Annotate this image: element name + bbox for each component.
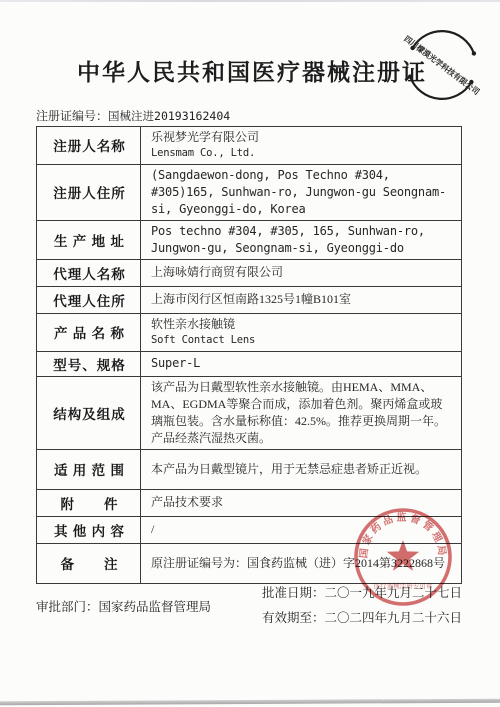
row-label: 附 件	[37, 489, 141, 516]
agent-name: 上海咏婧行商贸有限公司	[141, 259, 462, 286]
product-name-en: Soft Contact Lens	[151, 333, 453, 349]
table-row: 型号、规格 Super-L	[37, 351, 462, 376]
row-label: 产 品 名 称	[37, 313, 141, 351]
production-address: Pos techno #304, #305, 165, Sunhwan-ro, …	[141, 220, 462, 259]
row-label: 注册人住所	[37, 164, 141, 220]
registration-number-label: 注册证编号：	[36, 109, 108, 123]
table-row: 代理人住所 上海市闵行区恒南路1325号1幢B101室	[37, 286, 462, 313]
table-row: 代理人名称 上海咏婧行商贸有限公司	[37, 259, 462, 286]
page-top-edge	[0, 0, 500, 2]
row-label: 代理人名称	[37, 259, 141, 286]
seal-star-icon	[387, 540, 419, 571]
row-label: 适 用 范 围	[37, 449, 141, 489]
row-label: 其 他 内 容	[37, 516, 141, 543]
registrant-address: (Sangdaewon-dong, Pos Techno #304, #305)…	[141, 164, 462, 220]
row-label: 注册人名称	[37, 127, 141, 165]
table-row: 结构及组成 该产品为日戴型软性亲水接触镜。由HEMA、MMA、MA、EGDMA等…	[37, 376, 462, 449]
row-label: 型号、规格	[37, 351, 141, 376]
structure-composition: 该产品为日戴型软性亲水接触镜。由HEMA、MMA、MA、EGDMA等聚合而成，添…	[141, 376, 462, 449]
row-label: 备 注	[37, 543, 141, 583]
product-name-cn: 软性亲水接触镜	[151, 316, 453, 333]
intended-use: 本产品为日戴型镜片，用于无禁忌症患者矫正近视。	[141, 449, 462, 489]
registration-number-value: 国械注进20193162404	[108, 109, 230, 123]
row-label: 结构及组成	[37, 376, 141, 449]
row-label: 生 产 地 址	[37, 220, 141, 259]
certificate-title: 中华人民共和国医疗器械注册证	[0, 54, 500, 87]
seal-sub-text: 医疗器械注册专用章	[374, 581, 433, 590]
registration-number-line: 注册证编号：国械注进20193162404	[36, 107, 230, 124]
page-bottom-edge	[0, 699, 500, 706]
registrant-name-cn: 乐视梦光学有限公司	[151, 129, 453, 146]
approval-department: 审批部门：国家药品监督管理局	[36, 597, 211, 615]
table-row: 适 用 范 围 本产品为日戴型镜片，用于无禁忌症患者矫正近视。	[37, 449, 462, 489]
agent-address: 上海市闵行区恒南路1325号1幢B101室	[141, 286, 462, 313]
official-red-seal: 国家药品监督管理局 医疗器械注册专用章	[343, 497, 463, 617]
model-spec: Super-L	[141, 351, 462, 376]
table-row: 注册人名称 乐视梦光学有限公司 Lensmam Co., Ltd.	[37, 127, 462, 165]
table-row: 生 产 地 址 Pos techno #304, #305, 165, Sunh…	[37, 220, 462, 259]
table-row: 注册人住所 (Sangdaewon-dong, Pos Techno #304,…	[37, 164, 462, 220]
scanned-certificate-page: { "title": "中华人民共和国医疗器械注册证", "cert_no_la…	[0, 0, 500, 707]
registrant-name-en: Lensmam Co., Ltd.	[151, 146, 453, 162]
row-label: 代理人住所	[37, 286, 141, 313]
table-row: 产 品 名 称 软性亲水接触镜 Soft Contact Lens	[37, 313, 462, 351]
